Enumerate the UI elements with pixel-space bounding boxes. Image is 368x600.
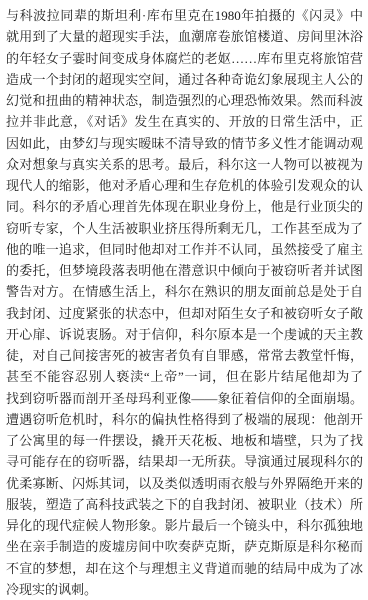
text-line-last: 冷现实的讽刺。 [6, 579, 363, 600]
text-line: 因如此，由梦幻与现实暧昧不清导致的情节多义性才能调动观 [6, 133, 363, 154]
text-line: 的年轻女子霎时间变成身体腐烂的老妪……库布里克将旅馆营 [6, 48, 363, 69]
text-line: 寻可能存在的窃听器，结果却一无所获。导演通过展现科尔的 [6, 451, 363, 472]
text-line: 的委托，但梦境段落表明他在潜意识中倾向于被窃听者并试图 [6, 260, 363, 281]
text-line: 众对想象与真实关系的思考。最后，科尔这一人物可以被视为 [6, 154, 363, 175]
text-line: 与科波拉同辈的斯坦利·库布里克在1980年拍摄的《闪灵》中 [6, 5, 363, 26]
text-line: 异化的现代症候人物形象。影片最后一个镜头中，科尔孤独地 [6, 515, 363, 536]
text-line: 窃听专家，个人生活被职业挤压得所剩无几，工作甚至成为了 [6, 218, 363, 239]
text-line: 甚至不能容忍别人亵渎“上帝”一词，但在影片结尾他却为了 [6, 366, 363, 387]
text-line: 不宣的梦想，却在这个与理想主义背道而驰的结局中成为了冰 [6, 558, 363, 579]
text-line: 同。科尔的矛盾心理首先体现在职业身份上，他是行业顶尖的 [6, 196, 363, 217]
text-line: 造成一个封闭的超现实空间，通过各种奇诡幻象展现主人公的 [6, 69, 363, 90]
text-line: 找到窃听器而剖开圣母玛利亚像——象征着信仰的全面崩塌。 [6, 388, 363, 409]
text-line: 幻觉和扭曲的精神状态，制造强烈的心理恐怖效果。然而科波 [6, 90, 363, 111]
text-line: 坐在亲手制造的废墟房间中吹奏萨克斯，萨克斯原是科尔秘而 [6, 536, 363, 557]
article-text-block: 与科波拉同辈的斯坦利·库布里克在1980年拍摄的《闪灵》中 就用到了大量的超现实… [6, 5, 363, 600]
text-line: 优柔寡断、闪烁其词，以及类似透明雨衣般与外界隔绝开来的 [6, 473, 363, 494]
text-line: 了公寓里的每一件摆设，撬开天花板、地板和墙壁，只为了找 [6, 430, 363, 451]
text-line: 遭遇窃听危机时，科尔的偏执性格得到了极端的展现：他剖开 [6, 409, 363, 430]
text-line: 我封闭、过度紧张的状态中，但却对陌生女子和被窃听女子敞 [6, 303, 363, 324]
text-line: 开心扉、诉说衷肠。对于信仰，科尔原本是一个虔诚的天主教 [6, 324, 363, 345]
text-line: 他的唯一追求，但同时他却对工作并不认同，虽然接受了雇主 [6, 239, 363, 260]
document-page: 与科波拉同辈的斯坦利·库布里克在1980年拍摄的《闪灵》中 就用到了大量的超现实… [0, 0, 368, 600]
text-line: 服装，塑造了高科技武装之下的自我封闭、被职业（技术）所 [6, 494, 363, 515]
text-line: 就用到了大量的超现实手法，血潮席卷旅馆楼道、房间里沐浴 [6, 26, 363, 47]
text-line: 现代人的缩影，他对矛盾心理和生存危机的体验引发观众的认 [6, 175, 363, 196]
text-line: 警告对方。在情感生活上，科尔在熟识的朋友面前总是处于自 [6, 281, 363, 302]
text-line: 拉并非此意，《对话》发生在真实的、开放的日常生活中，正 [6, 111, 363, 132]
text-line: 徒，对自己间接害死的被害者负有自罪感，常常去教堂忏悔， [6, 345, 363, 366]
